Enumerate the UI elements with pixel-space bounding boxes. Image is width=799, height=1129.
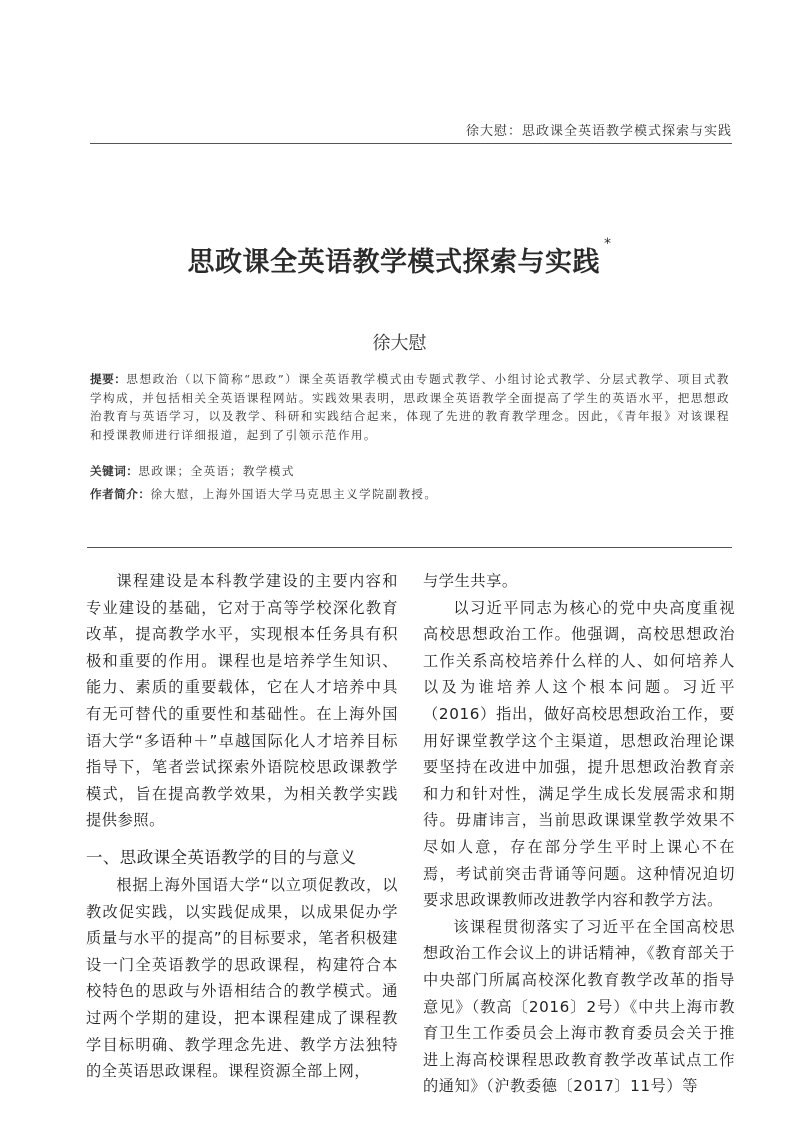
section-1-paragraph: 根据上海外国语大学“以立项促教改，以教改促实践，以实践促成果，以成果促办学质量与… bbox=[86, 872, 398, 1085]
header-rule bbox=[90, 143, 732, 144]
body-left-column: 课程建设是本科教学建设的主要内容和专业建设的基础，它对于高等学校深化教育改革，提… bbox=[86, 568, 398, 1085]
keywords: 关键词：思政课；全英语；教学模式 bbox=[90, 462, 730, 481]
section-heading-1: 一、思政课全英语教学的目的与意义 bbox=[86, 844, 398, 872]
body-right-column: 与学生共享。 以习近平同志为核心的党中央高度重视高校思想政治工作。他强调，高校思… bbox=[423, 568, 735, 1100]
paragraph-3: 该课程贯彻落实了习近平在全国高校思想政治工作会议上的讲话精神，《教育部关于中央部… bbox=[423, 914, 735, 1100]
paragraph-2: 以习近平同志为核心的党中央高度重视高校思想政治工作。他强调，高校思想政治工作关系… bbox=[423, 595, 735, 914]
keywords-text: 思政课；全英语；教学模式 bbox=[138, 464, 295, 478]
article-title: 思政课全英语教学模式探索与实践* bbox=[0, 240, 799, 279]
article-title-text: 思政课全英语教学模式探索与实践 bbox=[188, 247, 601, 278]
author-bio-text: 徐大慰，上海外国语大学马克思主义学院副教授。 bbox=[150, 487, 437, 501]
author-bio-label: 作者简介： bbox=[90, 487, 150, 501]
continuation-text: 与学生共享。 bbox=[423, 568, 735, 595]
author-bio: 作者简介：徐大慰，上海外国语大学马克思主义学院副教授。 bbox=[90, 485, 730, 504]
running-head: 徐大慰：思政课全英语教学模式探索与实践 bbox=[90, 120, 732, 139]
abstract: 提要：思想政治（以下简称“思政”）课全英语教学模式由专题式教学、小组讨论式教学、… bbox=[90, 370, 730, 444]
author-name: 徐大慰 bbox=[0, 329, 799, 355]
intro-paragraph: 课程建设是本科教学建设的主要内容和专业建设的基础，它对于高等学校深化教育改革，提… bbox=[86, 568, 398, 834]
keywords-label: 关键词： bbox=[90, 464, 138, 478]
abstract-label: 提要： bbox=[90, 372, 126, 386]
title-footnote-mark: * bbox=[604, 236, 612, 252]
abstract-text: 思想政治（以下简称“思政”）课全英语教学模式由专题式教学、小组讨论式教学、分层式… bbox=[90, 372, 730, 442]
abstract-separator-rule bbox=[87, 547, 732, 548]
